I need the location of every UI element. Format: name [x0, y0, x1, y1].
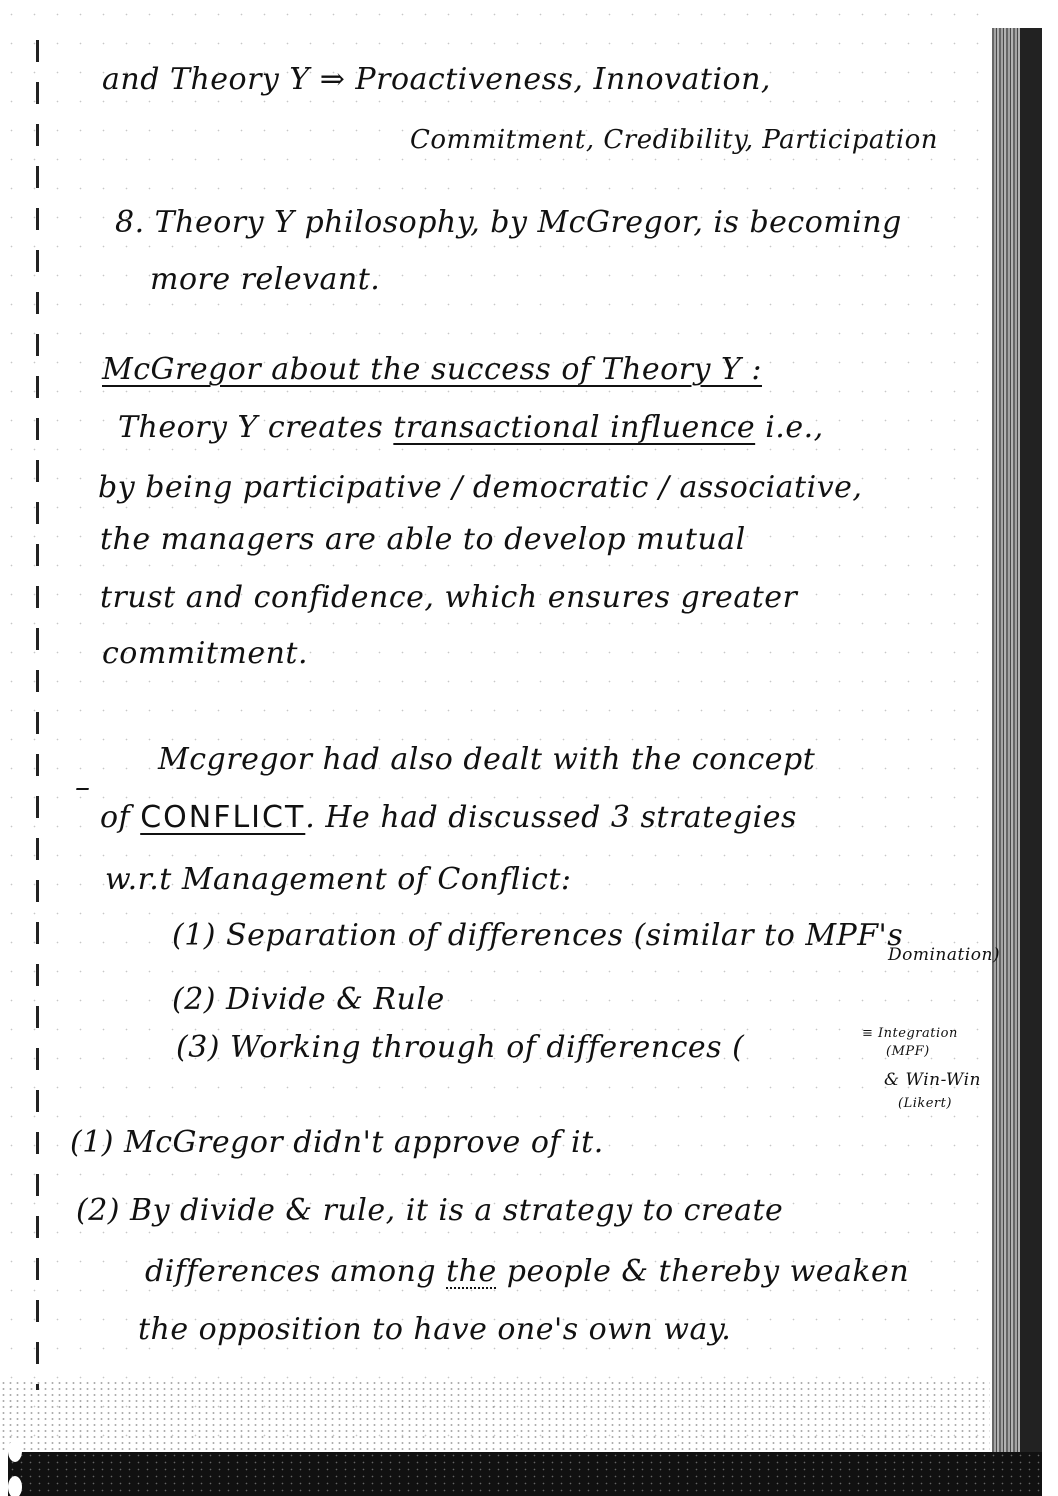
text-line: and Theory Y ⇒ Proactiveness, Innovation… — [102, 62, 771, 97]
text-span: the — [446, 1254, 497, 1289]
annotation: ≡ Integration — [862, 1026, 958, 1041]
list-item: (1) McGregor didn't approve of it. — [70, 1125, 604, 1160]
binding-margin — [36, 40, 39, 1390]
list-item: (2) By divide & rule, it is a strategy t… — [76, 1193, 783, 1228]
list-item: (1) Separation of differences (similar t… — [172, 918, 903, 953]
punch-hole — [8, 1440, 22, 1462]
scan-noise — [0, 1380, 990, 1452]
text-line: 8. Theory Y philosophy, by McGregor, is … — [115, 205, 902, 240]
text-line: w.r.t Management of Conflict: — [105, 862, 572, 897]
key-term: transactional influence — [393, 410, 755, 445]
text-line: the managers are able to develop mutual — [100, 522, 746, 557]
text-line: the opposition to have one's own way. — [138, 1312, 731, 1347]
bullet-dash: – — [75, 770, 91, 805]
text-line: Commitment, Credibility, Participation — [410, 125, 938, 155]
annotation: Domination) — [888, 945, 1000, 965]
text-span: of — [100, 800, 140, 835]
text-line: Mcgregor had also dealt with the concept — [158, 742, 815, 777]
section-heading: McGregor about the success of Theory Y : — [102, 352, 762, 387]
annotation: (MPF) — [886, 1044, 930, 1059]
scan-bottom-border — [8, 1452, 1042, 1496]
list-item: (2) Divide & Rule — [172, 982, 445, 1017]
punch-hole — [8, 1476, 22, 1496]
key-term: CONFLICT — [140, 800, 305, 835]
text-span: Theory Y creates — [118, 410, 393, 445]
text-line: of CONFLICT. He had discussed 3 strategi… — [100, 800, 797, 835]
annotation: (Likert) — [898, 1096, 952, 1111]
list-item: (3) Working through of differences ( — [176, 1030, 744, 1065]
scan-right-border — [1020, 28, 1042, 1496]
text-line: commitment. — [102, 636, 308, 671]
text-span: people & thereby weaken — [497, 1254, 909, 1289]
text-span: . He had discussed 3 strategies — [305, 800, 797, 835]
text-line: more relevant. — [150, 262, 380, 297]
text-line: by being participative / democratic / as… — [98, 470, 862, 505]
text-line: trust and confidence, which ensures grea… — [100, 580, 797, 615]
text-span: i.e., — [755, 410, 824, 445]
text-line: Theory Y creates transactional influence… — [118, 410, 824, 445]
text-line: differences among the people & thereby w… — [145, 1254, 909, 1289]
annotation: & Win-Win — [884, 1070, 981, 1090]
text-span: differences among — [145, 1254, 446, 1289]
